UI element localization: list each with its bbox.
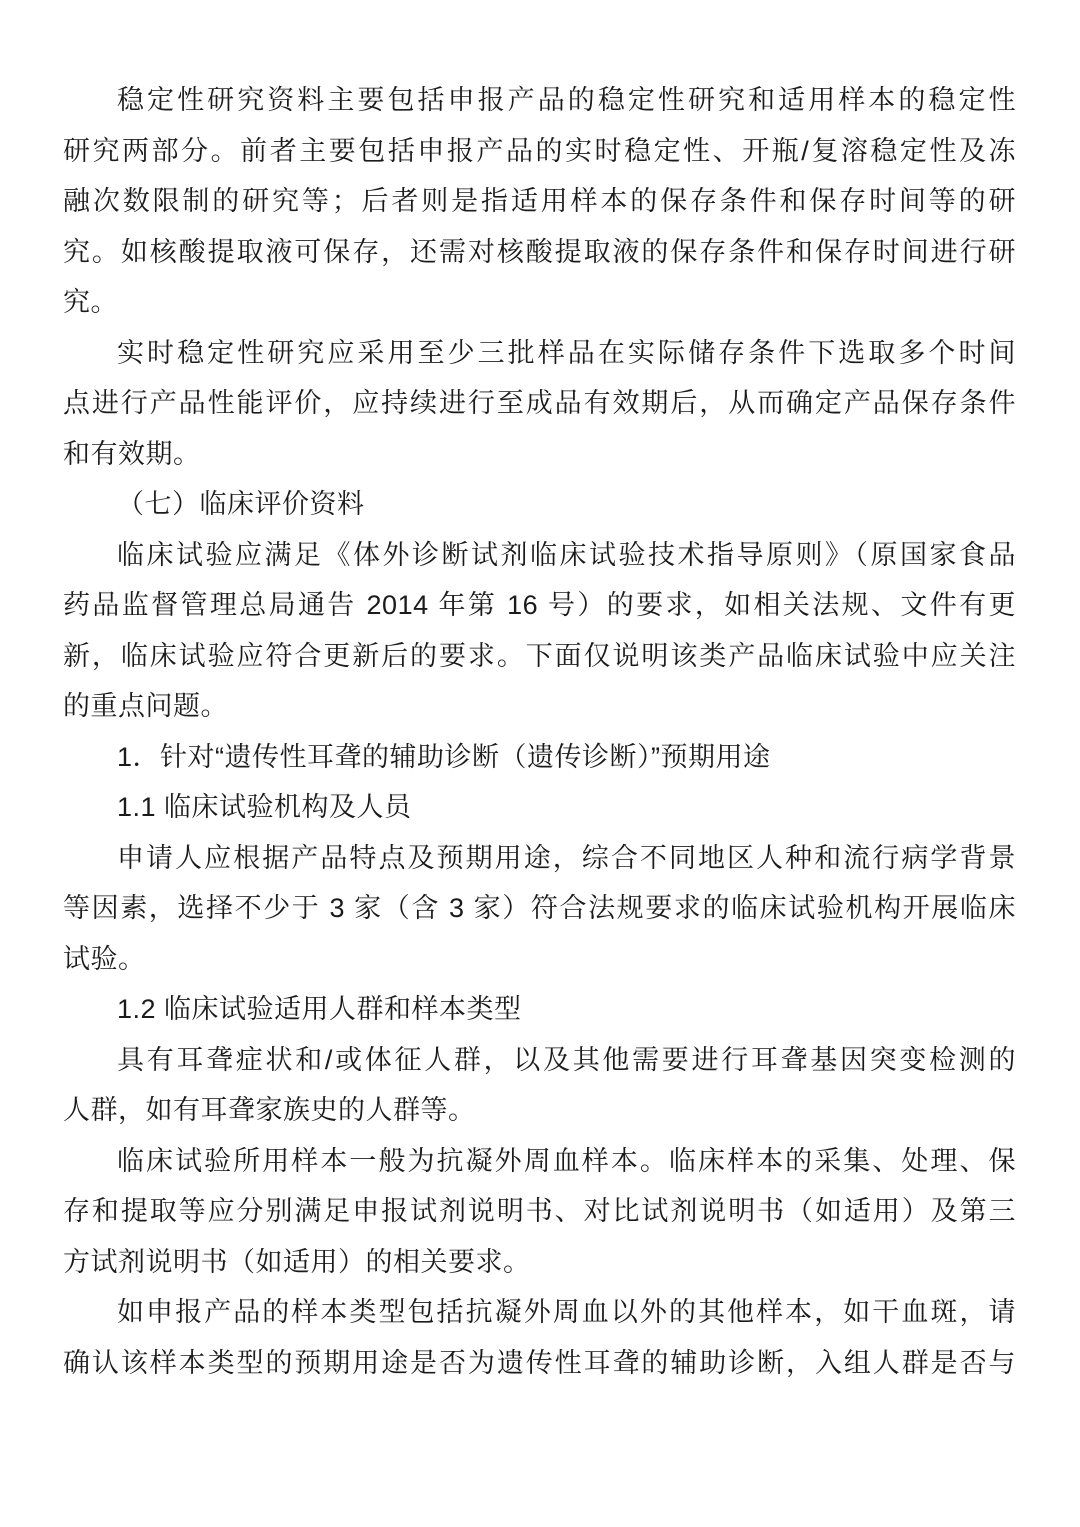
paragraph-clinical-intro-line: 临床试验应满足《体外诊断试剂临床试验技术指导原则》（原国家食品 [63,530,1016,581]
paragraph-institutions-line: 试验。 [63,934,1016,985]
paragraph-other-sample-types-line: 确认该样本类型的预期用途是否为遗传性耳聋的辅助诊断，入组人群是否与 [63,1338,1016,1389]
paragraph-realtime-stability-line: 和有效期。 [63,429,1016,480]
document-page: 稳定性研究资料主要包括申报产品的稳定性研究和适用样本的稳定性 研究两部分。前者主… [0,0,1080,1527]
paragraph-samples-line: 存和提取等应分别满足申报试剂说明书、对比试剂说明书（如适用）及第三 [63,1186,1016,1237]
paragraph-institutions-line: 申请人应根据产品特点及预期用途，综合不同地区人种和流行病学背景 [63,833,1016,884]
paragraph-clinical-intro-line: 新，临床试验应符合更新后的要求。下面仅说明该类产品临床试验中应关注 [63,631,1016,682]
paragraph-realtime-stability-line: 实时稳定性研究应采用至少三批样品在实际储存条件下选取多个时间 [63,328,1016,379]
heading-intended-use-genetic-deafness: 1．针对“遗传性耳聋的辅助诊断（遗传诊断）”预期用途 [63,732,1016,783]
heading-1-2-population-sample-types: 1.2 临床试验适用人群和样本类型 [63,984,1016,1035]
paragraph-realtime-stability-line: 点进行产品性能评价，应持续进行至成品有效期后，从而确定产品保存条件 [63,378,1016,429]
section-heading-clinical-evaluation: （七）临床评价资料 [63,479,1016,530]
paragraph-other-sample-types-line: 如申报产品的样本类型包括抗凝外周血以外的其他样本，如干血斑，请 [63,1287,1016,1338]
paragraph-samples-line: 方试剂说明书（如适用）的相关要求。 [63,1237,1016,1288]
paragraph-stability-overview-line: 究。如核酸提取液可保存，还需对核酸提取液的保存条件和保存时间进行研 [63,227,1016,278]
paragraph-stability-overview-line: 稳定性研究资料主要包括申报产品的稳定性研究和适用样本的稳定性 [63,75,1016,126]
paragraph-institutions-line: 等因素，选择不少于 3 家（含 3 家）符合法规要求的临床试验机构开展临床 [63,883,1016,934]
heading-1-1-trial-institutions: 1.1 临床试验机构及人员 [63,782,1016,833]
paragraph-population-line: 具有耳聋症状和/或体征人群，以及其他需要进行耳聋基因突变检测的 [63,1035,1016,1086]
paragraph-population-line: 人群，如有耳聋家族史的人群等。 [63,1085,1016,1136]
paragraph-stability-overview-line: 研究两部分。前者主要包括申报产品的实时稳定性、开瓶/复溶稳定性及冻 [63,126,1016,177]
paragraph-samples-line: 临床试验所用样本一般为抗凝外周血样本。临床样本的采集、处理、保 [63,1136,1016,1187]
paragraph-clinical-intro-line: 药品监督管理总局通告 2014 年第 16 号）的要求，如相关法规、文件有更 [63,580,1016,631]
paragraph-stability-overview-line: 究。 [63,277,1016,328]
paragraph-stability-overview-line: 融次数限制的研究等；后者则是指适用样本的保存条件和保存时间等的研 [63,176,1016,227]
document-text-body: 稳定性研究资料主要包括申报产品的稳定性研究和适用样本的稳定性 研究两部分。前者主… [63,75,1016,1388]
paragraph-clinical-intro-line: 的重点问题。 [63,681,1016,732]
